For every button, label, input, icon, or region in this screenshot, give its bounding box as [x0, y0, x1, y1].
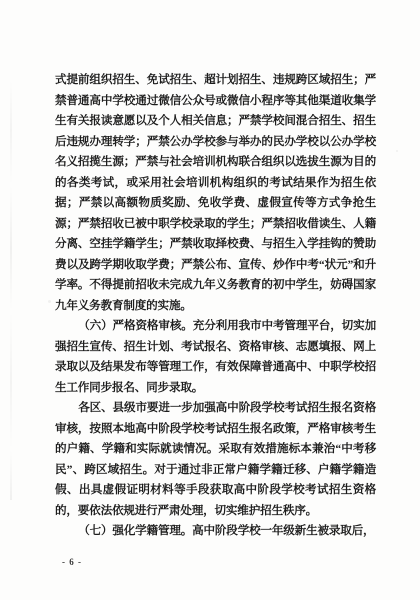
- scan-artifact-left-edge: [10, 80, 12, 500]
- document-page: 式提前组织招生、免试招生、超计划招生、违规跨区域招生；严禁普通高中学校通过微信公…: [0, 0, 420, 600]
- paragraph-item-six: （六）严格资格审核。充分利用我市中考管理平台，切实加强招生宣传、招生计划、考试报…: [55, 316, 376, 398]
- page-number: - 6 -: [62, 557, 82, 567]
- paragraph-item-seven: （七）强化学籍管理。高中阶段学校一年级新生被录取后，: [55, 521, 376, 542]
- paragraph-district-audit: 各区、县级市要进一步加强高中阶段学校考试招生报名资格审核，按照本地高中阶段学校考…: [55, 398, 376, 521]
- scan-artifact-speck: [48, 300, 51, 303]
- paragraph-continuation: 式提前组织招生、免试招生、超计划招生、违规跨区域招生；严禁普通高中学校通过微信公…: [55, 70, 376, 316]
- body-text: 式提前组织招生、免试招生、超计划招生、违规跨区域招生；严禁普通高中学校通过微信公…: [55, 70, 376, 542]
- scan-artifact-speck: [396, 150, 398, 152]
